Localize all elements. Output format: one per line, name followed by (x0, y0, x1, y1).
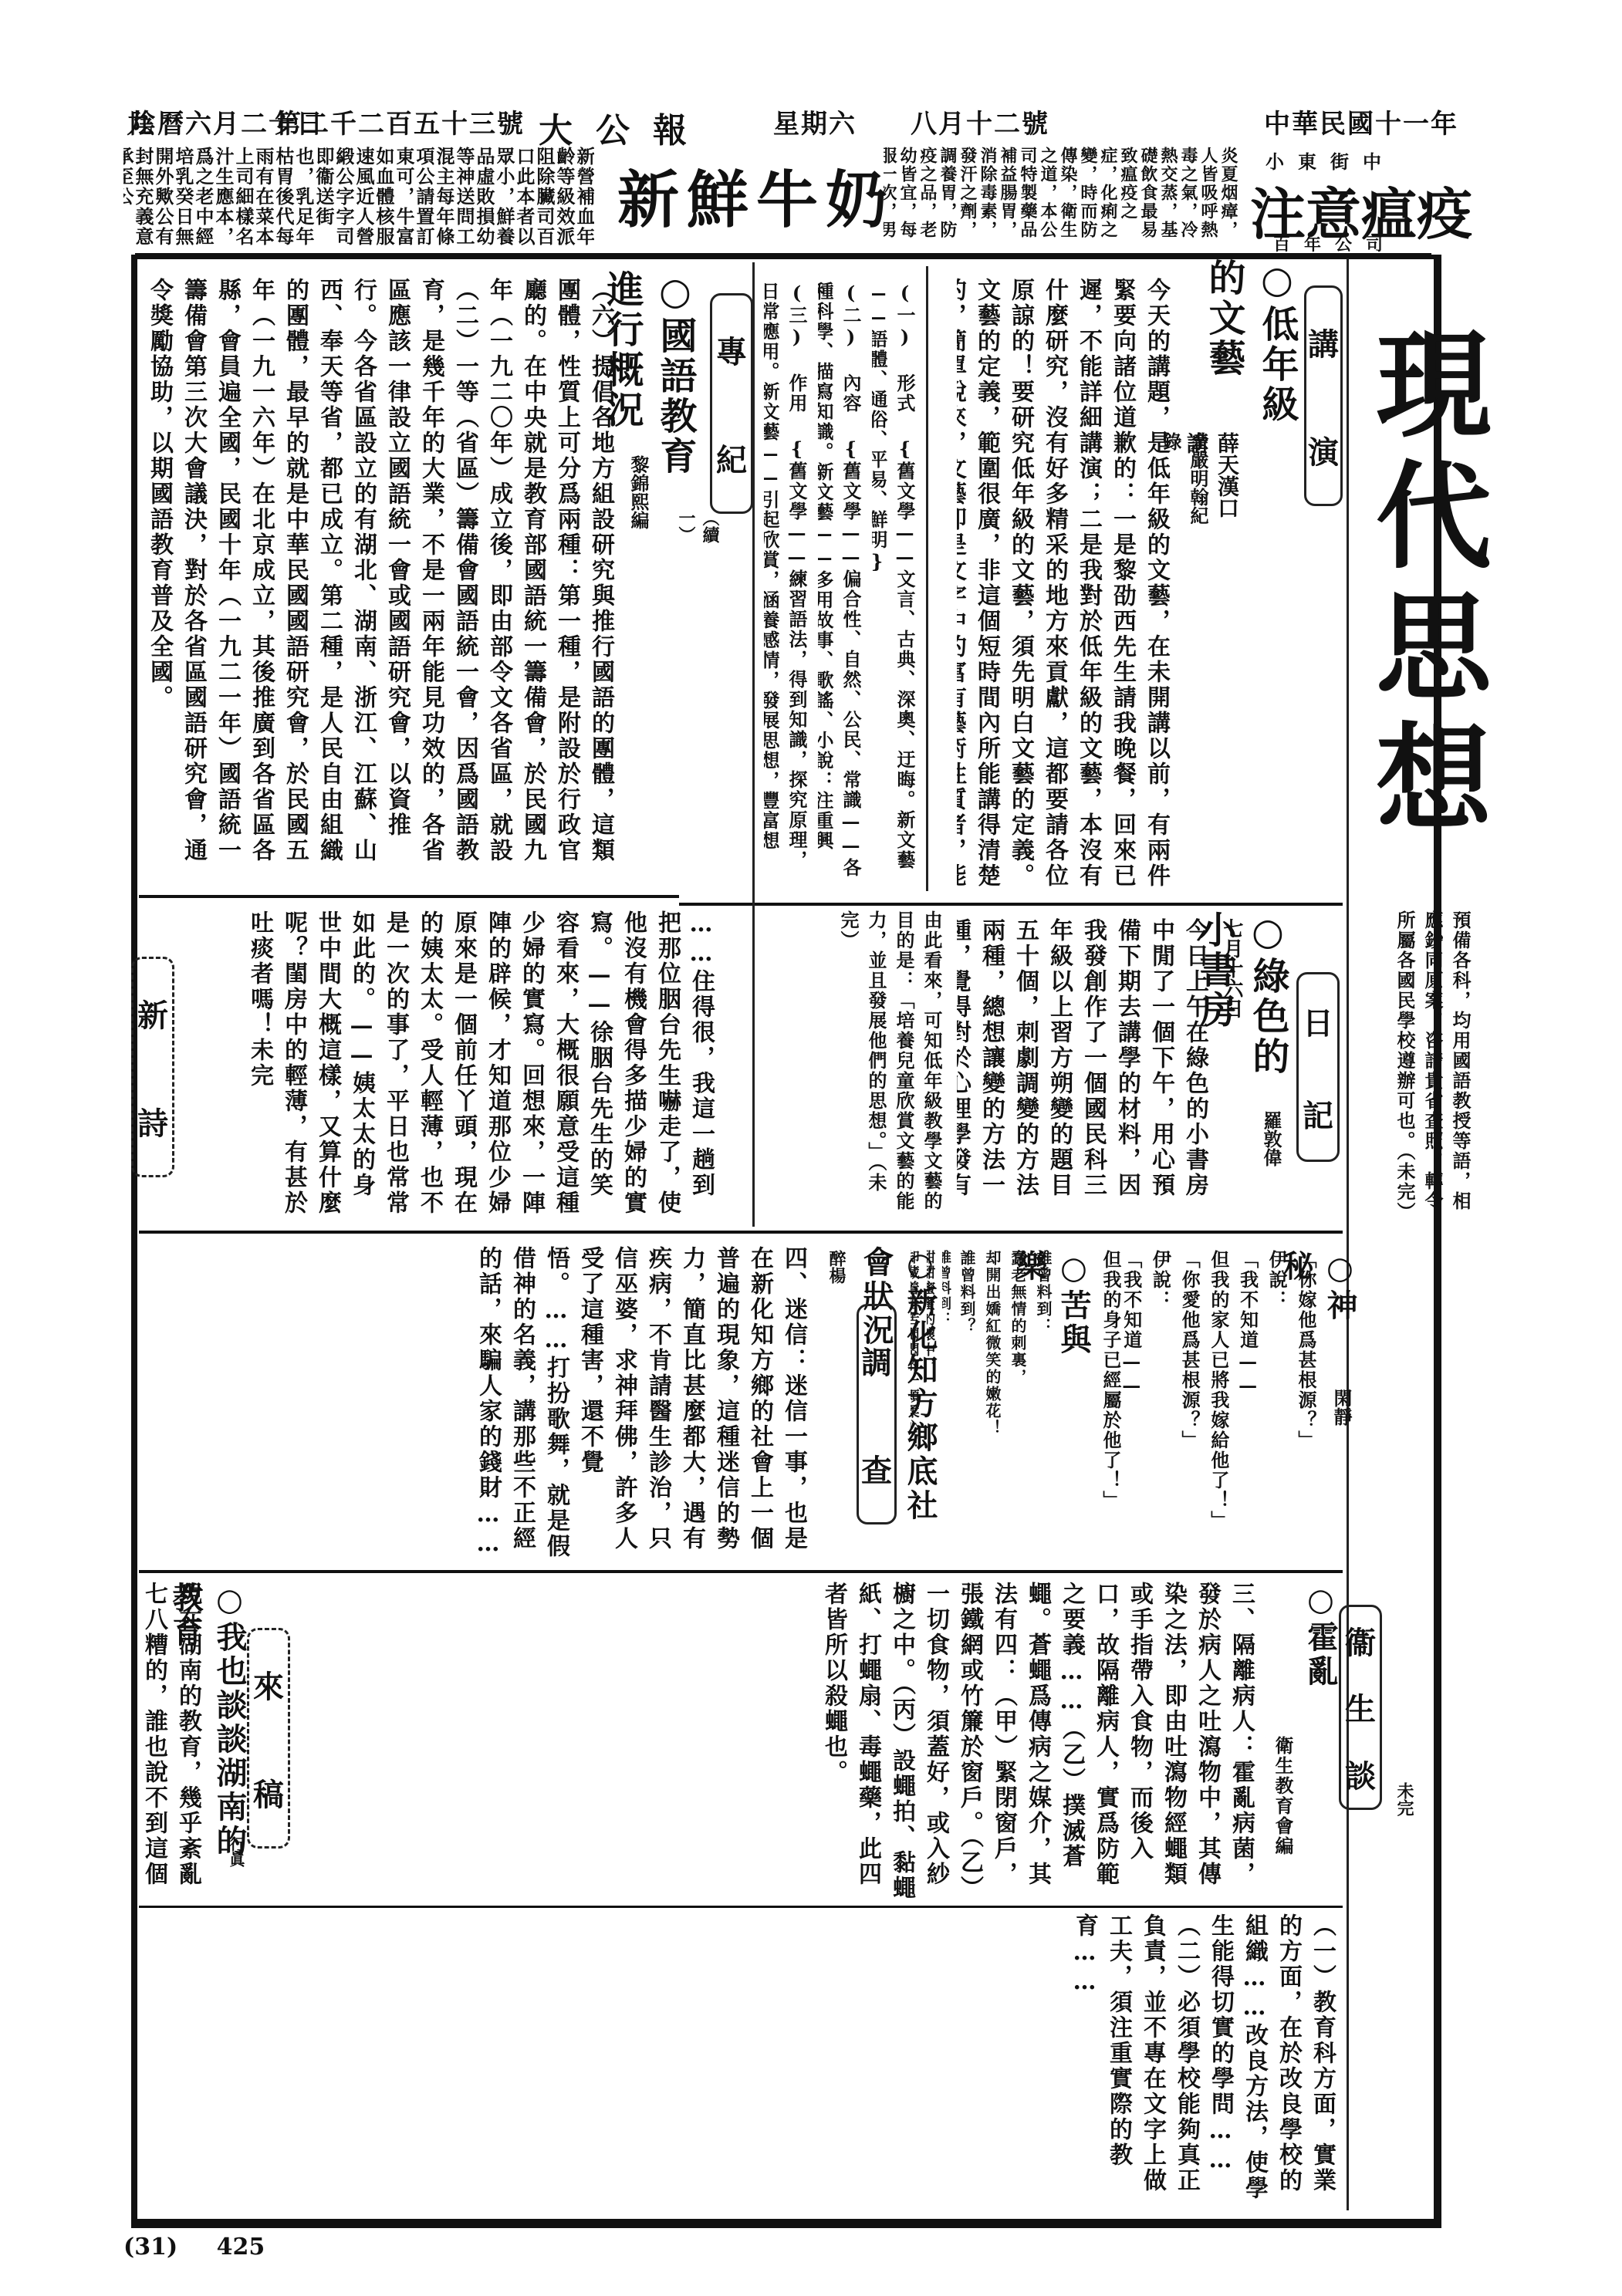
rule-lower (139, 1570, 1343, 1573)
mystery-poem-lines: 「你嫁他爲甚根源？」 伊說： 「我不知道—— 但我的家人已將我嫁給他了！」 「你… (1119, 1250, 1320, 1558)
masthead-date-month-day: 八月十二號 (911, 103, 1049, 140)
hunan-section-label: 來 稿 (247, 1628, 290, 1849)
mystery-line-5: 「你愛他爲甚根源？」 (1177, 1250, 1203, 1558)
diary-body: 今日上午在綠色的小書房中閒了一個下午，用心預備下期去講學的材料，因我發創作了一個… (957, 918, 1211, 1219)
diary-section-label: 日 記 (1296, 972, 1340, 1162)
lecture-conclusion: 由此看來，可知低年級教學文藝的目的是：「培養兒童欣賞文藝的能力，並且發展他們的思… (806, 910, 945, 1219)
bitter-joy-line-4: 誰曾料到？ (957, 1250, 981, 1558)
milk-ad-title-block: 新鮮牛奶 (617, 150, 872, 243)
rule-upper-left (139, 895, 679, 898)
hunan-author: 行眞 (220, 1836, 248, 1882)
footer: (31) 425 (123, 2234, 265, 2261)
lecture-outline-2: (二) 內容 {舊文學——偏合性、自然、公民、常識——各種科學、描寫知識。新文藝… (818, 282, 864, 883)
masthead-date-lunar: 陰曆六月二十日 (130, 103, 324, 140)
outline-divider (926, 266, 928, 891)
diary-title: ○綠色的小書房 (1250, 910, 1295, 1103)
diary-label-char-2: 記 (1303, 1092, 1333, 1136)
lecture-label-char-2: 演 (1308, 428, 1339, 472)
rule-bottom-band (139, 1906, 1343, 1908)
masthead-page-label: 九 (127, 103, 154, 140)
column-banner-title: 現代思想 (1358, 324, 1482, 910)
lecture-section-label: 講 演 (1304, 285, 1343, 506)
masthead: 中華民國十一年 八月十二號 星期六 大公報 第二千二百五十三號 陰曆六月二十日 … (116, 96, 1482, 143)
milk-ad-title: 新鮮牛奶 (617, 150, 872, 239)
new-poetry-label-char-1: 新 (137, 991, 168, 1035)
lecture-title: ○低年級的文藝 (1258, 258, 1304, 444)
lecture-body: 今天的講題，是低年級的文藝，在未開講以前，有兩件緊要向諸位道歉的：一是黎劭西先生… (957, 278, 1173, 895)
hunan-body: 現在湖南的教育，幾乎紊亂七八糟的，誰也說不到這個問題，我們也得來談一談。湖南的教… (143, 1582, 204, 1890)
masthead-weekday: 星期六 (773, 103, 857, 140)
investigation-label-char-2: 查 (861, 1447, 892, 1491)
rule-upper-right (679, 903, 1343, 906)
rule-middle (139, 1231, 1343, 1234)
mystery-line-1: 「你嫁他爲甚根源？」 (1293, 1250, 1320, 1558)
diary-label-char-1: 日 (1303, 999, 1333, 1043)
plague-ad-body: 炎夏烟瘴，人皆吸呼熱毒之氣，冷熱交蒸，基礎飲食最易致瘟疫之症，化痢之變，時而防傳… (884, 147, 1238, 247)
investigation-body: 四、迷信：迷信一事，也是在新化知方鄉的社會上一個普遍的現象，這種迷信的勢力，簡直… (370, 1246, 810, 1562)
investigation-label-char-1: 調 (861, 1339, 892, 1383)
bitter-joy-lines: 誰曾料到： 蠢老無情的刺裏， 却開出嬌紅微笑的嫩花！ 誰曾料到？ (957, 1250, 1057, 1558)
diary-prev-tail: 預備各科，均用國語教授等語，相應鈔同原案，咨請貴省查照，轉令所屬各國民學校遵辦可… (1389, 910, 1474, 1219)
lecture-outline-1: (一) 形式 {舊文學——文言、古典、深奧、迂晦。新文藝——語體、通俗、平易、鮮… (872, 282, 918, 883)
special-report-author: 黎錦熙編 (621, 455, 652, 548)
special-report-body: （六）提倡各地方組設研究與推行國語的團體，這類團體，性質上可分爲兩種：第一種，是… (143, 278, 617, 887)
hunan-education-title: ○我也談談湖南的教育 (208, 1582, 252, 1875)
hunan-label-char-1: 來 (253, 1663, 284, 1707)
new-poetry-body: ……住得很，我這一趟到把那位胭台先生嚇走了，使他沒有機會得多描少婦的實寫。——徐… (177, 910, 718, 1219)
health-label-char-2: 生 (1345, 1685, 1376, 1729)
new-poetry-section-label: 新 詩 (131, 957, 174, 1177)
bitter-joy-line-2: 蠢老無情的刺裏， (1008, 1250, 1032, 1558)
health-tail: 未完 (1389, 1782, 1417, 1828)
masthead-paper-name: 大公報 (539, 103, 710, 152)
investigation-section-label: 調 查 (857, 1304, 897, 1524)
bitter-joy-line-3: 却開出嬌紅微笑的嫩花！ (982, 1250, 1006, 1558)
lecture-recorder: 余嚴明翰紀錄 (1181, 432, 1211, 525)
bitter-joy-line-1: 誰曾料到： (1033, 1250, 1057, 1558)
mystery-line-6: 伊說： (1148, 1250, 1174, 1558)
mystery-title: ○神秘 (1323, 1250, 1362, 1350)
bottom-band-body: （一）教育科方面，實業的方面，在於改良學校的組織……改良方法，使學生能得切實的學… (143, 1913, 1339, 2207)
lecture-outline-3: (三) 作用 {舊文學——練習語法，得到知識，探究原理，日常應用。新文藝——引起… (764, 282, 810, 883)
special-label-char-1: 專 (716, 328, 747, 372)
mystery-line-4: 但我的家人已將我嫁給他了！」 (1206, 1250, 1232, 1558)
diary-date: 七月十六日 (1215, 918, 1246, 1072)
masthead-date-gregorian: 中華民國十一年 (1264, 103, 1458, 140)
mystery-author: 閑靜 (1327, 1389, 1355, 1450)
hunan-label-char-2: 稿 (253, 1771, 284, 1815)
mystery-line-3: 「我不知道—— (1235, 1250, 1262, 1558)
new-poetry-label-char-2: 詩 (137, 1099, 168, 1143)
special-report-section-label: 專 紀 (710, 293, 753, 514)
lecture-speaker: 薛天漢口講 (1211, 432, 1242, 525)
health-label-char-1: 衞 (1345, 1619, 1376, 1663)
health-author: 衛生教育會編 胡宣明著 (1265, 1736, 1296, 1890)
banner-divider (1347, 258, 1349, 2210)
plague-ad-sponsor-bottom: 百年公司 (1273, 231, 1397, 255)
special-label-char-2: 紀 (716, 436, 747, 480)
special-report-title: ○國語教育進行概況 (656, 270, 702, 501)
investigation-author: 醉楊 (818, 1250, 849, 1342)
milk-ad-body: 新營補血年齡等級效派阻除臟司百口此本者以眾小，鮮養品虛敗損幼等神送問工混主每年條… (123, 147, 594, 247)
plague-ad: 小東街中 注意瘟疫 百年公司 (1250, 147, 1451, 247)
footer-page-number: 425 (217, 2234, 265, 2261)
health-title: ○霍亂 (1304, 1582, 1343, 1705)
bitter-joy-line-5: 誰曾料到： (942, 1250, 957, 1558)
health-body: 三、隔離病人：霍亂病菌，發於病人之吐瀉物中，其傳染之法，即由吐瀉物經蠅類或手指帶… (486, 1582, 1258, 1906)
health-section-label: 衞 生 談 (1339, 1605, 1382, 1810)
diary-author: 羅敦偉 (1254, 1111, 1285, 1219)
lecture-label-char-1: 講 (1308, 320, 1339, 364)
footer-volume-page: (31) (123, 2234, 177, 2261)
mystery-line-8: 但我的身子已經屬於他了！」 (1100, 1250, 1124, 1558)
mystery-line-2: 伊說： (1265, 1250, 1291, 1558)
special-report-part: （續一） (694, 509, 722, 555)
health-label-char-3: 談 (1345, 1752, 1376, 1796)
bitter-joy-title: ○苦與樂 (1057, 1250, 1096, 1373)
investigation-title: ○新化知方鄉底社會狀況 (899, 1246, 942, 1555)
